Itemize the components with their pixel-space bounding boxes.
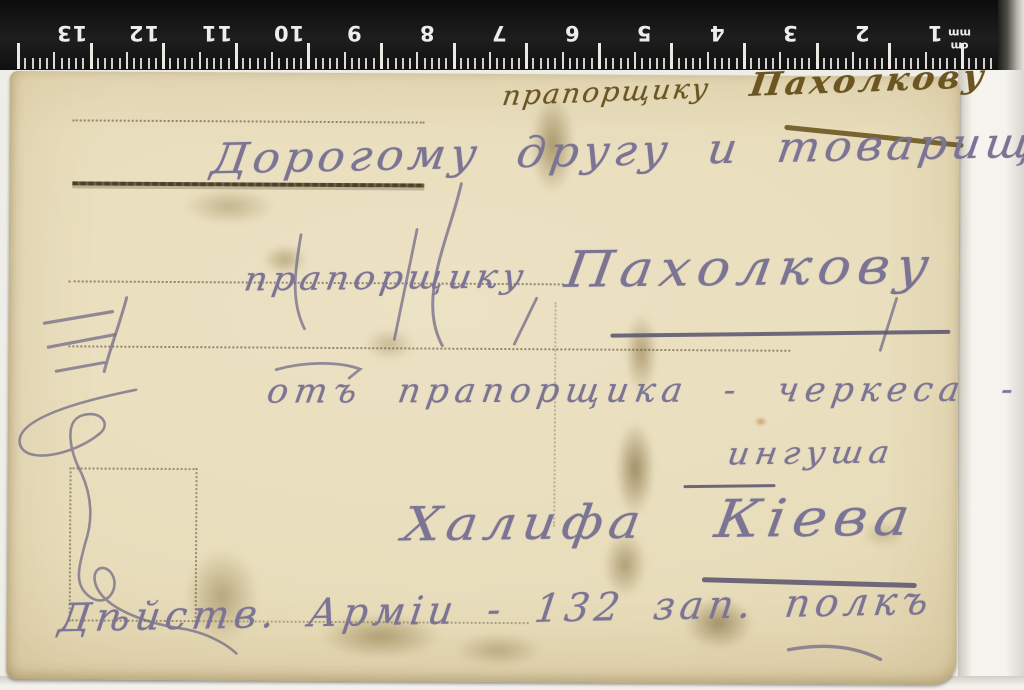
ruler-tick: [24, 58, 26, 69]
ruler-number: 1: [927, 21, 943, 45]
ruler-tick: [199, 52, 201, 69]
scanned-postcard-scene: прапорщику Пахолкову Дорогому другу и то…: [0, 0, 1024, 690]
ruler-tick: [910, 58, 912, 69]
ruler-tick: [728, 58, 730, 69]
ruler-tick: [213, 58, 215, 69]
ruler-tick: [467, 58, 469, 69]
ruler-tick: [707, 52, 709, 69]
ruler-tick: [53, 52, 55, 69]
ruler-tick: [932, 58, 934, 69]
ruler-tick: [518, 58, 520, 69]
pencil-line-3: отъ прапорщика - черкеса -: [265, 373, 1022, 409]
ruler-tick: [162, 43, 165, 69]
ruler-tick: [32, 58, 34, 69]
ruler: 13121110987654321cmmm: [0, 0, 998, 70]
pencil-line-5: Халифа Кіева: [400, 492, 920, 550]
ruler-tick: [119, 58, 121, 69]
ruler-tick: [758, 58, 760, 69]
ruler-number: 5: [636, 21, 652, 45]
pencil-line-2: прапорщику Пахолкову: [242, 241, 939, 299]
stain: [353, 321, 425, 367]
ruler-tick: [525, 43, 528, 69]
ruler-tick: [699, 58, 701, 69]
ruler-tick: [736, 58, 738, 69]
ruler-tick: [532, 58, 534, 69]
ruler-tick: [249, 58, 251, 69]
pencil-line-1: Дорогому другу и товарищу: [209, 121, 1024, 180]
ruler-tick: [453, 43, 456, 69]
postcard: прапорщику Пахолкову Дорогому другу и то…: [6, 71, 960, 685]
ruler-tick: [678, 58, 680, 69]
ruler-tick: [808, 58, 810, 69]
ruler-tick: [104, 58, 106, 69]
ruler-tick: [300, 58, 302, 69]
ruler-tick: [591, 58, 593, 69]
ruler-tick: [830, 58, 832, 69]
ruler-tick: [111, 58, 113, 69]
ruler-tick: [511, 58, 513, 69]
ruler-tick: [866, 58, 868, 69]
ruler-tick: [90, 43, 93, 69]
ruler-tick: [917, 58, 919, 69]
ruler-tick: [852, 52, 854, 69]
ruler-number: 6: [564, 21, 580, 45]
ruler-tick: [663, 58, 665, 69]
ruler-tick: [184, 58, 186, 69]
ruler-tick: [620, 58, 622, 69]
ruler-tick: [474, 58, 476, 69]
ruler-tick: [569, 58, 571, 69]
ruler-tick: [365, 58, 367, 69]
ruler-tick: [750, 58, 752, 69]
ruler-number: 10: [273, 21, 304, 45]
ruler-tick: [220, 58, 222, 69]
ruler-tick: [641, 58, 643, 69]
ruler-tick: [395, 58, 397, 69]
ruler-tick: [685, 58, 687, 69]
ruler-tick: [649, 58, 651, 69]
stain: [164, 180, 294, 233]
ruler-tick: [271, 52, 273, 69]
ruler-tick: [794, 58, 796, 69]
ruler-tick: [975, 58, 977, 69]
ruler-tick: [322, 58, 324, 69]
ruler-tick: [286, 58, 288, 69]
ruler-tick: [656, 58, 658, 69]
printed-divider-line: [553, 302, 556, 526]
ruler-tick: [562, 52, 564, 69]
ruler-tick: [409, 58, 411, 69]
ruler-tick: [554, 58, 556, 69]
pencil-line-5-first: Халифа: [400, 499, 649, 549]
ruler-tick: [598, 43, 601, 69]
ruler-tick: [968, 58, 970, 69]
ruler-tick: [293, 58, 295, 69]
ruler-tick: [155, 58, 157, 69]
ruler-tick: [743, 43, 746, 69]
pencil-line-2-prefix: прапорщику: [242, 259, 530, 295]
ruler-tick: [126, 52, 128, 69]
ruler-tick: [358, 58, 360, 69]
stain: [753, 416, 769, 428]
ruler-tick: [235, 43, 238, 69]
ruler-tick: [242, 58, 244, 69]
pencil-line-4: ингуша: [725, 438, 897, 471]
ruler-tick: [445, 58, 447, 69]
ruler-tick: [228, 58, 230, 69]
ruler-tick: [344, 52, 346, 69]
ruler-tick: [82, 58, 84, 69]
ruler-tick: [605, 58, 607, 69]
ruler-tick: [68, 58, 70, 69]
ruler-tick: [402, 58, 404, 69]
ruler-tick: [612, 58, 614, 69]
ruler-tick: [946, 58, 948, 69]
ruler-tick: [692, 58, 694, 69]
ruler-tick: [482, 58, 484, 69]
ruler-tick: [336, 58, 338, 69]
ruler-tick: [801, 58, 803, 69]
ruler-tick: [97, 58, 99, 69]
ruler-tick: [438, 58, 440, 69]
ruler-tick: [721, 58, 723, 69]
ruler-tick: [823, 58, 825, 69]
ruler-tick: [634, 52, 636, 69]
ruler-tick: [278, 58, 280, 69]
ruler-tick: [874, 58, 876, 69]
ruler-tick: [925, 52, 927, 69]
ruler-tick: [576, 58, 578, 69]
ruler-tick: [496, 58, 498, 69]
ruler-tick: [547, 58, 549, 69]
ruler-tick: [39, 58, 41, 69]
ruler-number: 9: [346, 21, 362, 45]
ruler-number: 4: [709, 21, 725, 45]
ruler-number: 8: [419, 21, 435, 45]
ruler-tick: [939, 58, 941, 69]
ruler-number: 7: [491, 21, 507, 45]
ruler-tick: [903, 58, 905, 69]
printed-dotted-line: [73, 119, 425, 123]
ruler-tick: [845, 58, 847, 69]
printed-dotted-line: [68, 345, 790, 351]
ruler-tick: [169, 58, 171, 69]
ruler-tick: [329, 58, 331, 69]
ruler-tick: [307, 43, 310, 69]
ruler-tick: [772, 58, 774, 69]
pencil-underline-name: [610, 330, 950, 337]
ruler-tick: [540, 58, 542, 69]
ruler-tick: [489, 52, 491, 69]
ruler-tick: [133, 58, 135, 69]
ruler-tick: [380, 43, 383, 69]
ruler-tick: [387, 58, 389, 69]
ruler-tick: [837, 58, 839, 69]
ruler-number: 11: [201, 21, 232, 45]
ruler-tick: [714, 58, 716, 69]
ink-dedication-prefix: прапорщику: [501, 75, 712, 110]
ruler-tick: [424, 58, 426, 69]
ruler-unit-label: cmmm: [948, 26, 971, 51]
ruler-tick: [257, 58, 259, 69]
ruler-tick: [373, 58, 375, 69]
ruler-tick: [206, 58, 208, 69]
ruler-tick: [177, 58, 179, 69]
ruler-number: 3: [782, 21, 798, 45]
ruler-tick: [859, 58, 861, 69]
ruler-tick: [351, 58, 353, 69]
pencil-underline-line4: [683, 484, 775, 488]
ruler-tick: [503, 58, 505, 69]
ruler-tick: [61, 58, 63, 69]
ruler-tick: [46, 58, 48, 69]
ruler-tick: [983, 58, 985, 69]
ruler-tick: [264, 58, 266, 69]
ruler-tick: [416, 52, 418, 69]
ruler-tick: [627, 58, 629, 69]
pencil-line-5-last: Кіева: [712, 492, 920, 546]
ruler-tick: [148, 58, 150, 69]
ruler-tick: [431, 58, 433, 69]
pencil-line-2-name: Пахолкову: [562, 241, 939, 295]
scanner-background-right: [958, 0, 1024, 690]
ruler-tick: [583, 58, 585, 69]
ruler-tick: [954, 58, 956, 69]
ruler-tick: [888, 43, 891, 69]
ruler-tick: [75, 58, 77, 69]
ruler-tick: [881, 58, 883, 69]
ruler-end-gap: [998, 0, 1024, 70]
ruler-number: 12: [128, 21, 159, 45]
ruler-tick: [140, 58, 142, 69]
ruler-tick: [460, 58, 462, 69]
ruler-tick: [895, 58, 897, 69]
ruler-tick: [990, 58, 992, 69]
ruler-tick: [779, 52, 781, 69]
ruler-tick: [670, 43, 673, 69]
ruler-tick: [816, 43, 819, 69]
ruler-number: 13: [56, 21, 87, 45]
ruler-tick: [765, 58, 767, 69]
ruler-tick: [787, 58, 789, 69]
ruler-number: 2: [854, 21, 870, 45]
ruler-tick: [191, 58, 193, 69]
ruler-tick: [315, 58, 317, 69]
ruler-tick: [17, 43, 20, 69]
